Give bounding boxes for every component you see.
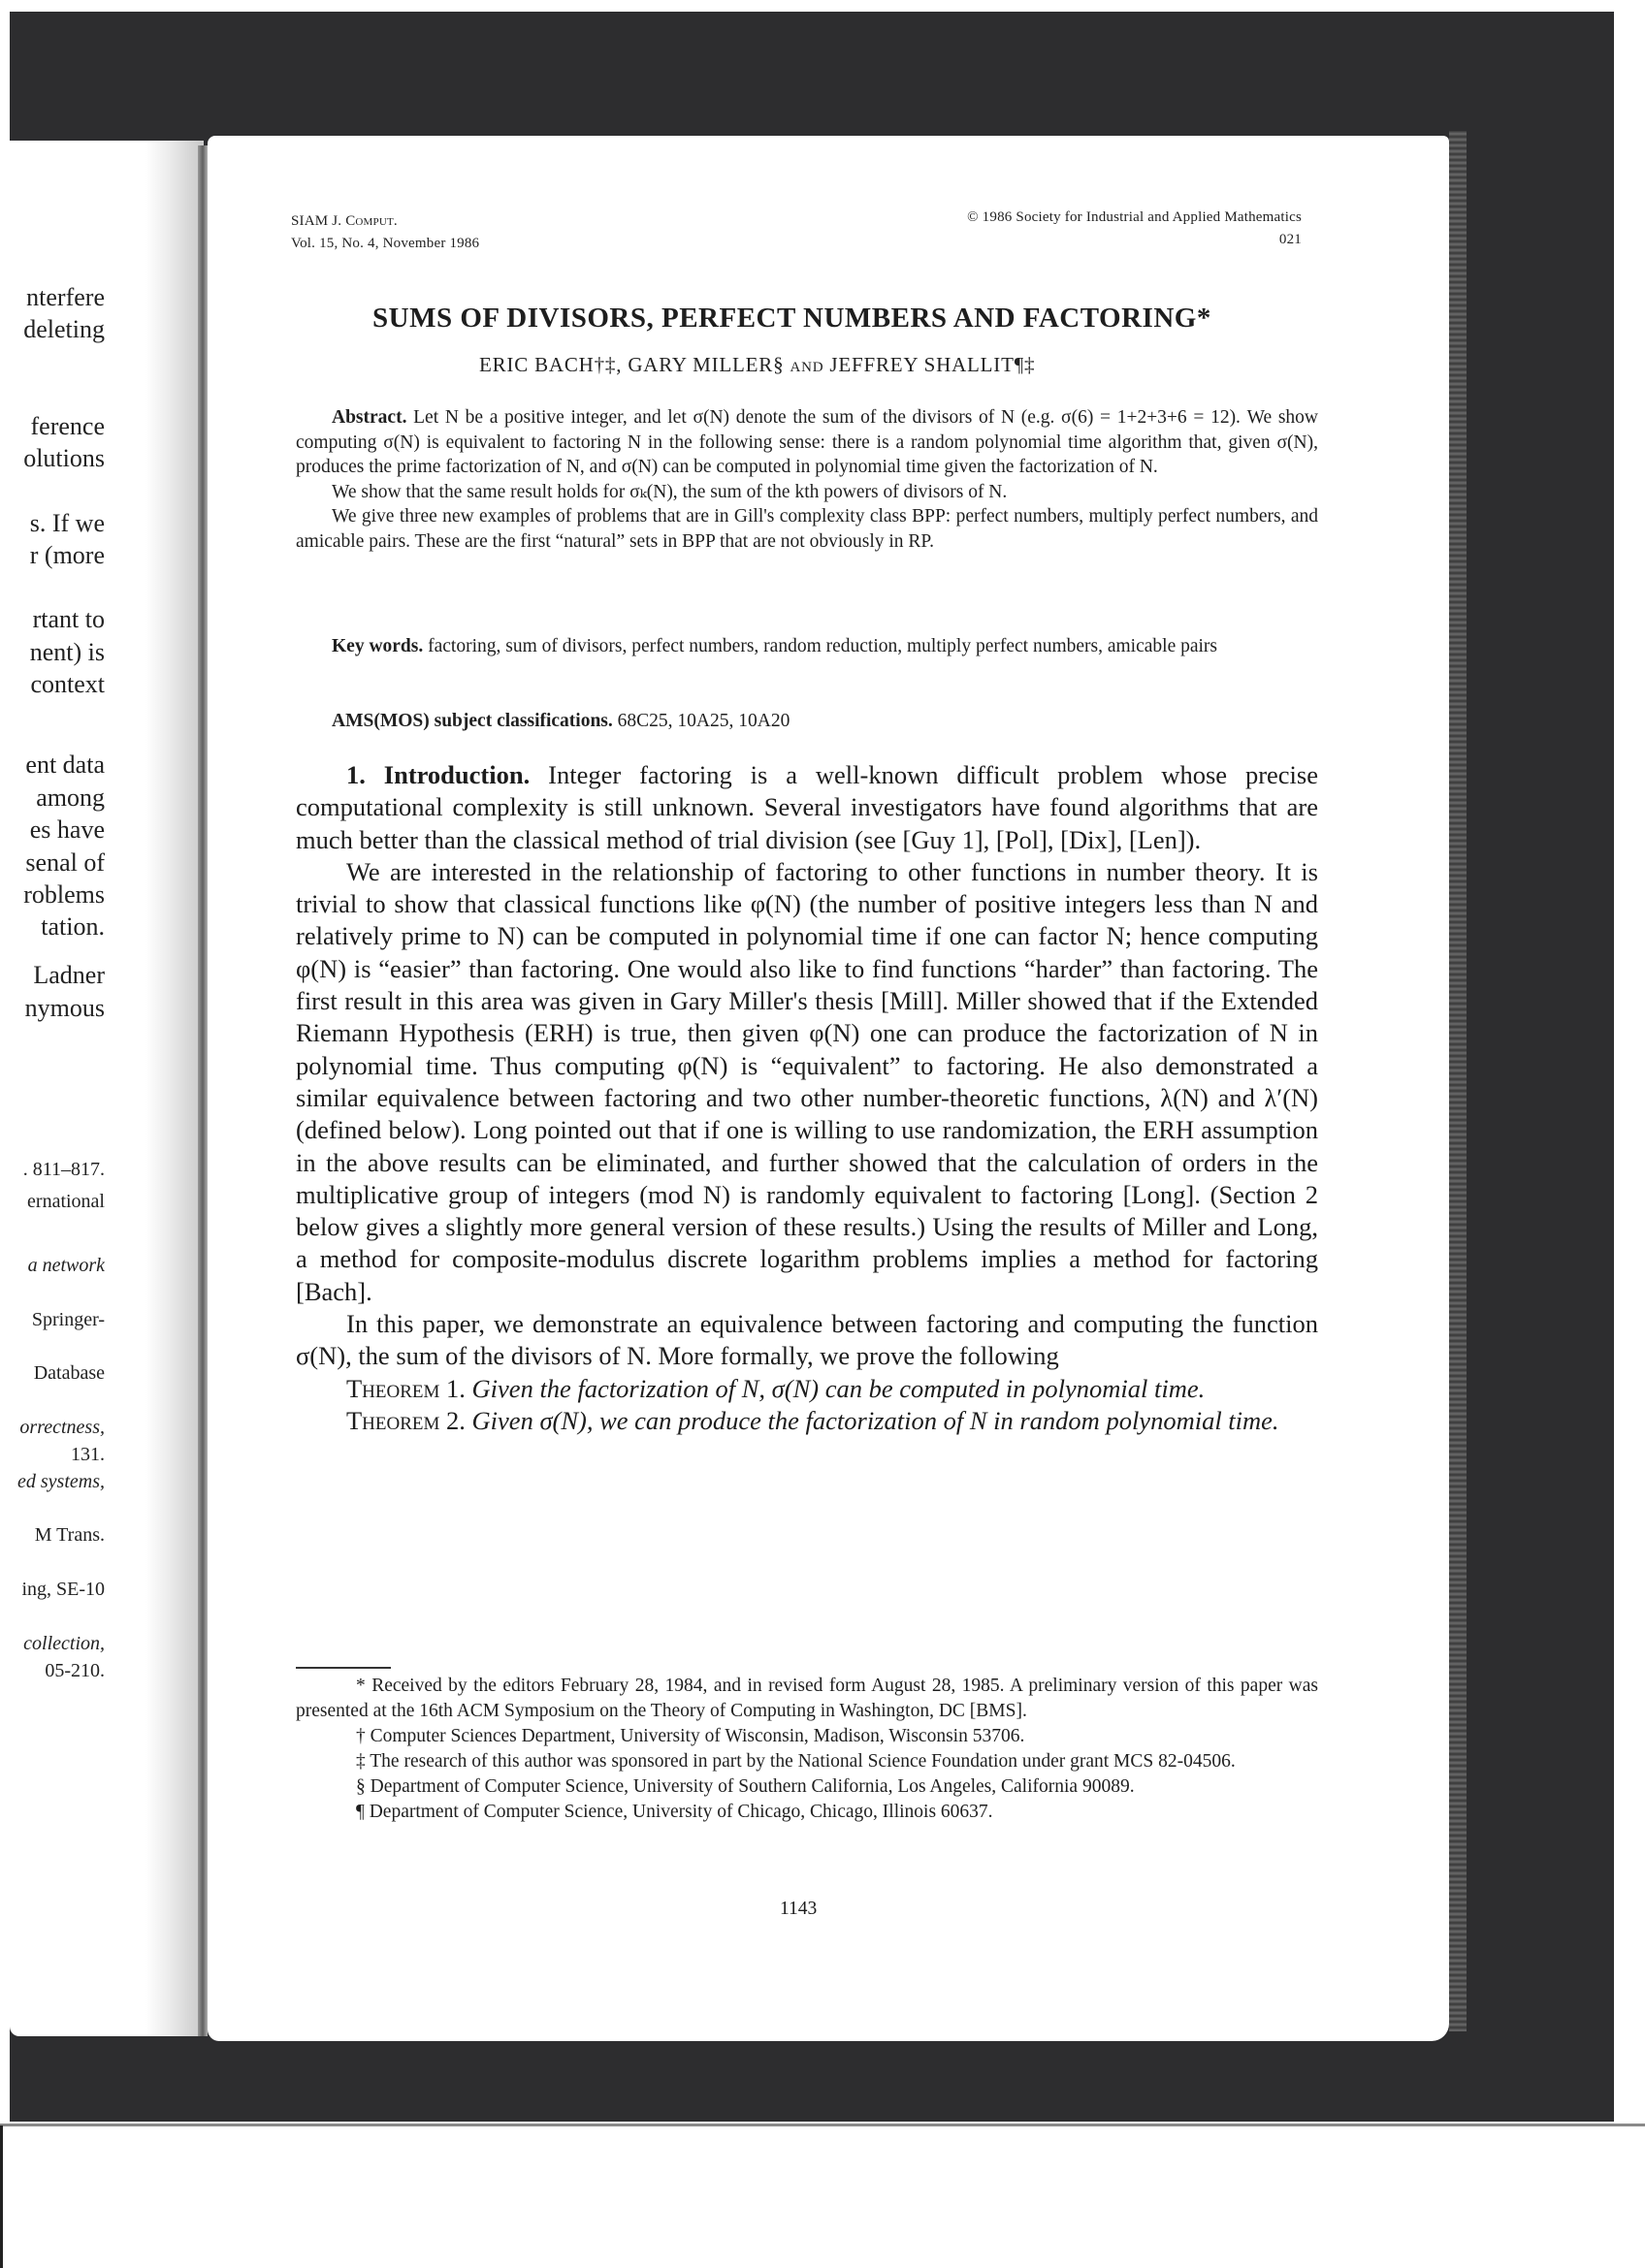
abstract: Abstract. Let N be a positive integer, a… [296,405,1318,554]
journal-page: SIAM J. Comput. Vol. 15, No. 4, November… [208,136,1449,2041]
left-page-fragment: . 811–817. [10,1154,105,1186]
left-page-fragment: Database [10,1358,105,1390]
intro-paragraph-2: We are interested in the relationship of… [296,856,1318,1308]
abstract-paragraph-3: We give three new examples of problems t… [296,504,1318,554]
left-page-fragment: rtant to [10,603,105,635]
footnote-received: * Received by the editors February 28, 1… [296,1674,1318,1724]
left-page-fragment: deleting [10,313,105,345]
journal-volume: Vol. 15, No. 4, November 1986 [291,236,479,252]
left-page-fragment: nterfere [10,281,105,313]
page-number: 1143 [780,1899,817,1920]
left-page-fragment: a network [10,1250,105,1282]
left-page-fragment: s. If we [10,507,105,539]
left-page-fragment: senal of [10,847,105,878]
left-page-fragment: ent data [10,749,105,781]
footnote-wisconsin: † Computer Sciences Department, Universi… [296,1724,1318,1749]
left-page-fragment: 05-210. [10,1655,105,1687]
ams-classifications: AMS(MOS) subject classifications. 68C25,… [296,709,1318,734]
left-page-fragment: Springer- [10,1304,105,1336]
introduction-section: 1. Introduction. Integer factoring is a … [296,759,1318,1437]
left-page-fragment: ing, SE-10 [10,1574,105,1606]
left-page-fragment: among [10,782,105,814]
page-edge-stack [1449,131,1467,2031]
left-page-fragment: olutions [10,442,105,474]
footnote-chicago: ¶ Department of Computer Science, Univer… [296,1800,1318,1825]
left-page-fragment: tation. [10,910,105,942]
left-page-fragment: es have [10,814,105,846]
footnote-nsf: ‡ The research of this author was sponso… [296,1749,1318,1774]
authors-line: ERIC BACH†‡, GARY MILLER§ and JEFFREY SH… [479,353,1035,377]
left-page-fragment: ference [10,410,105,442]
left-page-fragment: ed systems, [10,1466,105,1498]
theorem-2: Theorem 2. Given σ(N), we can produce th… [296,1405,1318,1437]
left-page-fragment: Ladner [10,959,105,991]
left-facing-page: nterferedeletingferenceolutionss. If wer… [10,141,204,2036]
scan-bottom-margin [0,2124,1645,2268]
left-page-fragment: r (more [10,539,105,571]
keywords: Key words. factoring, sum of divisors, p… [296,634,1318,659]
theorem-1: Theorem 1. Given the factorization of N,… [296,1373,1318,1405]
left-page-fragment: roblems [10,878,105,910]
copyright-notice: © 1986 Society for Industrial and Applie… [967,209,1302,226]
left-page-fragment: M Trans. [10,1519,105,1551]
abstract-paragraph-2: We show that the same result holds for σ… [296,480,1318,505]
abstract-paragraph-1: Abstract. Let N be a positive integer, a… [296,405,1318,480]
paper-title: SUMS OF DIVISORS, PERFECT NUMBERS AND FA… [372,303,1211,335]
footnote-usc: § Department of Computer Science, Univer… [296,1774,1318,1800]
scan-right-margin [1614,12,1645,2122]
footnotes: * Received by the editors February 28, 1… [296,1674,1318,1825]
journal-name: SIAM J. Comput. [291,213,398,230]
left-page-fragment: ernational [10,1186,105,1218]
left-page-fragment: nymous [10,992,105,1024]
left-page-fragment: context [10,668,105,700]
section-heading: 1. Introduction. [346,760,530,789]
scan-edge [0,2125,3,2268]
left-page-fragment: nent) is [10,636,105,668]
article-code: 021 [1279,232,1302,248]
intro-paragraph-3: In this paper, we demonstrate an equival… [296,1308,1318,1373]
intro-paragraph-1: 1. Introduction. Integer factoring is a … [296,759,1318,856]
footnote-rule [296,1667,391,1669]
book-gutter [198,145,208,2036]
